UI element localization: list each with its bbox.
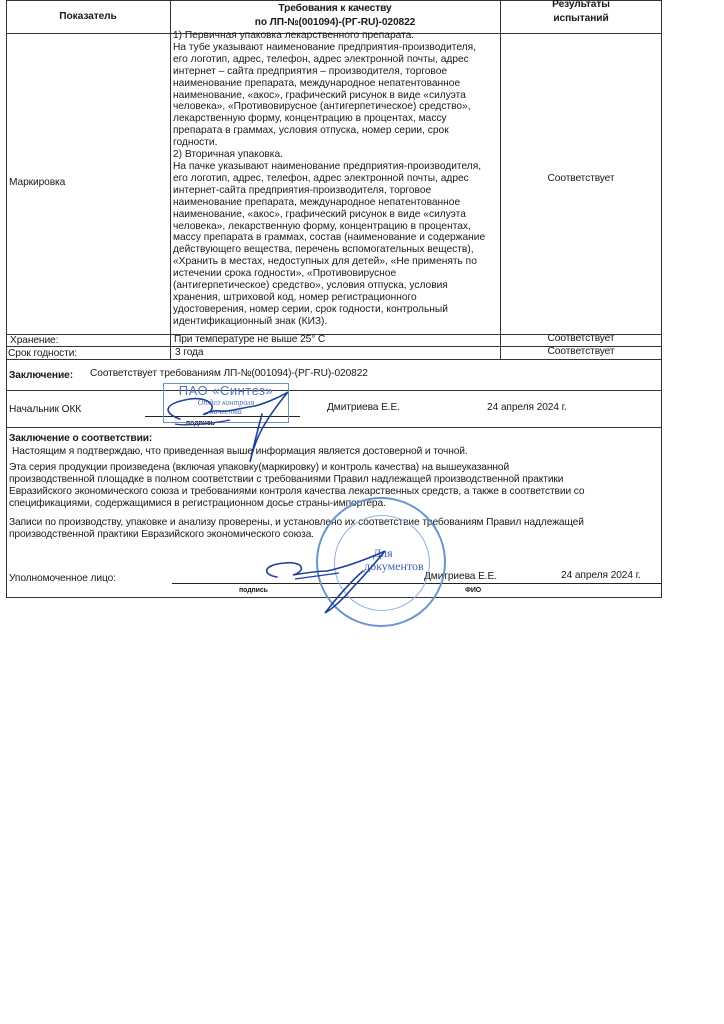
compliance-paragraph-2-line: производственной площадке в полном соотв…	[9, 474, 563, 486]
row-divider-conclusion	[6, 390, 662, 391]
compliance-paragraph-3-line: производственной практики Евразийского э…	[9, 529, 314, 541]
requirement-line: его логотип, адрес, телефон, адрес элект…	[173, 54, 498, 66]
indicator-shelf-life: Срок годности:	[8, 348, 77, 360]
okk-date: 24 апреля 2024 г.	[487, 402, 567, 414]
requirement-line: наименование препарата, международное не…	[173, 78, 498, 90]
requirement-storage: При температуре не выше 25° С	[174, 334, 325, 346]
requirement-line: человека», лекарственную форму, концентр…	[173, 221, 498, 233]
requirement-line: (антигерпетическое) средство», условия о…	[173, 280, 498, 292]
requirement-shelf-life: 3 года	[175, 347, 203, 359]
compliance-paragraph-2-line: спецификациями, содержащимися в регистра…	[9, 498, 386, 510]
requirement-line: истечении срока годности», «Противовирус…	[173, 268, 498, 280]
requirement-line: интернет-сайта предприятия-производителя…	[173, 185, 498, 197]
result-marking: Соответствует	[500, 173, 662, 185]
requirement-line: 1) Первичная упаковка лекарственного пре…	[173, 30, 498, 42]
authorized-name-caption: ФИО	[465, 585, 481, 597]
document-page: Показатель Требования к качеству по ЛП-№…	[0, 0, 724, 1024]
requirement-line: наименование препарата, международное не…	[173, 197, 498, 209]
requirement-line: хранения, штриховой код, номер регистрац…	[173, 292, 498, 304]
okk-name: Дмитриева Е.Е.	[327, 402, 400, 414]
indicator-marking: Маркировка	[9, 177, 65, 189]
row-divider-okk	[6, 427, 662, 428]
compliance-paragraph-2-line: Эта серия продукции произведена (включая…	[9, 462, 509, 474]
requirement-line: лекарственную форму, концентрацию в проц…	[173, 113, 498, 125]
requirements-marking: 1) Первичная упаковка лекарственного пре…	[173, 30, 498, 328]
requirement-line: идентификационный знак (КИЗ).	[173, 316, 498, 328]
requirement-line: его логотип, адрес, телефон, адрес элект…	[173, 173, 498, 185]
requirement-line: На пачке указывают наименование предприя…	[173, 161, 498, 173]
authorized-signature-icon	[255, 545, 415, 615]
requirement-line: наименование, «акос», графический рисуно…	[173, 90, 498, 102]
row-divider-shelf-life	[6, 359, 662, 360]
column-divider-1	[170, 0, 171, 359]
requirement-line: «Хранить в местах, недоступных для детей…	[173, 256, 498, 268]
authorized-role: Уполномоченное лицо:	[9, 573, 116, 585]
okk-role: Начальник ОКК	[9, 404, 81, 416]
conclusion-text: Соответствует требованиям ЛП-№(001094)-(…	[90, 368, 368, 380]
header-requirements-line2: по ЛП-№(001094)-(РГ-RU)-020822	[170, 15, 500, 30]
indicator-storage: Хранение:	[10, 335, 58, 347]
authorized-date: 24 апреля 2024 г.	[561, 570, 641, 582]
requirement-line: человека», «Противовирусное (антигерпети…	[173, 101, 498, 113]
result-storage: Соответствует	[500, 333, 662, 345]
requirement-line: препарата в граммах, условия отпуска, но…	[173, 125, 498, 137]
requirement-line: массу препарата в граммах, состав (наиме…	[173, 232, 498, 244]
requirement-line: годности.	[173, 137, 498, 149]
requirement-line: наименование, «акос», графический рисуно…	[173, 209, 498, 221]
header-indicator: Показатель	[6, 9, 170, 24]
compliance-paragraph-1: Настоящим я подтверждаю, что приведенная…	[12, 446, 468, 458]
requirement-line: удостоверения, номер серии, срок годност…	[173, 304, 498, 316]
conclusion-label: Заключение:	[9, 370, 73, 382]
compliance-title: Заключение о соответствии:	[9, 433, 152, 445]
requirement-line: интернет – сайта предприятия – производи…	[173, 66, 498, 78]
result-shelf-life: Соответствует	[500, 346, 662, 358]
requirement-line: На тубе указывают наименование предприят…	[173, 42, 498, 54]
requirement-line: 2) Вторичная упаковка.	[173, 149, 498, 161]
header-requirements-line1: Требования к качеству	[170, 1, 500, 16]
header-results-line2: испытаний	[500, 11, 662, 26]
compliance-paragraph-2-line: Евразийского экономического союза и треб…	[9, 486, 584, 498]
requirement-line: действующего вещества, перечень вспомога…	[173, 244, 498, 256]
compliance-paragraph-3-line: Записи по производству, упаковке и анали…	[9, 517, 584, 529]
